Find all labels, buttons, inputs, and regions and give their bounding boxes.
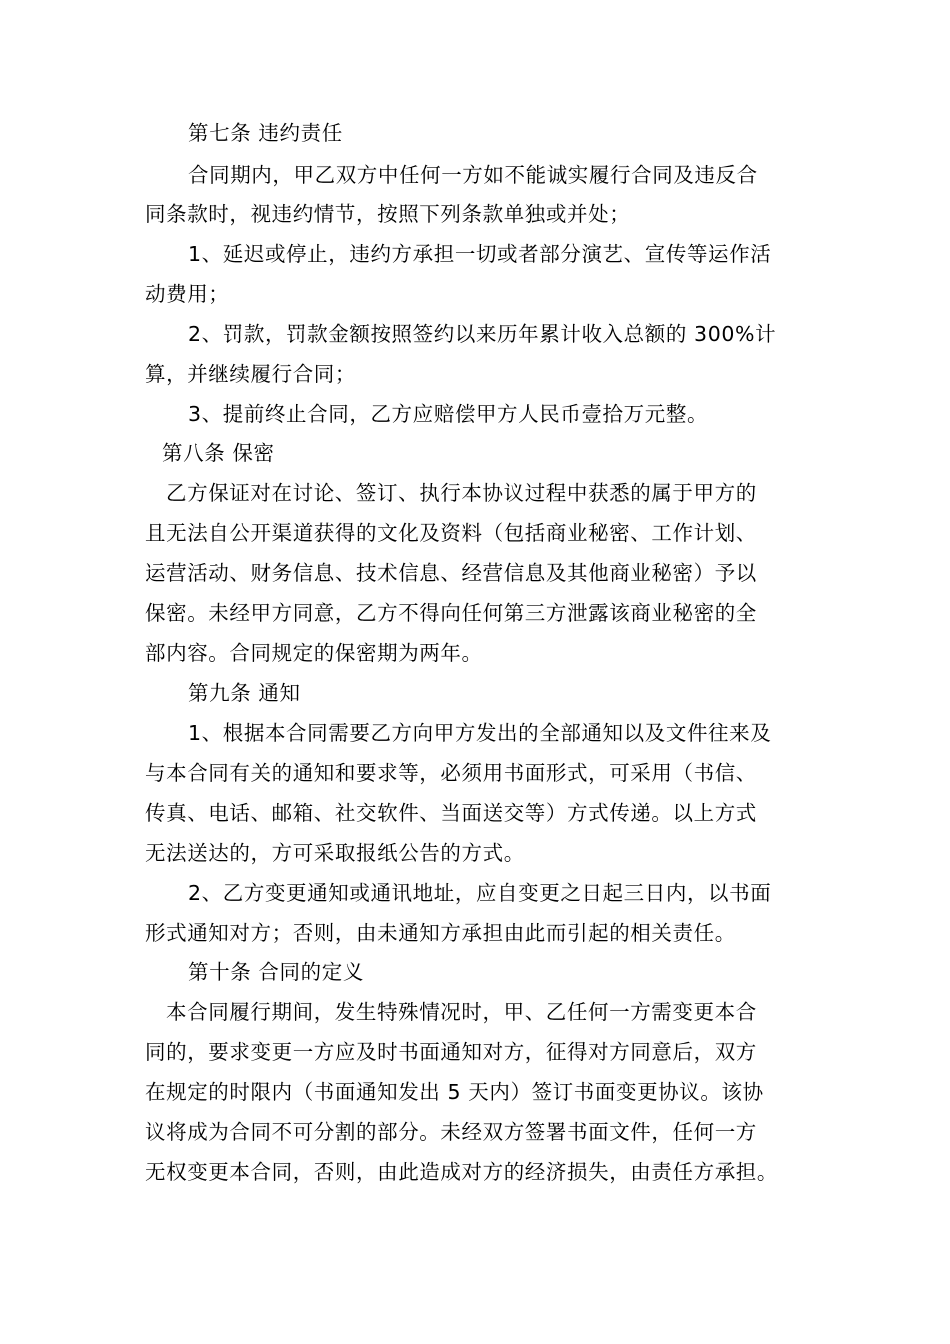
document-page: 第七条 违约责任 合同期内，甲乙双方中任何一方如不能诚实履行合同及违反合 同条款… [0, 0, 950, 1344]
paragraph-line: 在规定的时限内（书面通知发出 5 天内）签订书面变更协议。该协 [145, 1078, 764, 1106]
paragraph-line: 同条款时，视违约情节，按照下列条款单独或并处； [145, 200, 630, 228]
list-item-line: 1、根据本合同需要乙方向甲方发出的全部通知以及文件往来及 [188, 719, 771, 747]
paragraph-line: 无权变更本合同，否则，由此造成对方的经济损失，由责任方承担。 [145, 1158, 778, 1186]
paragraph-line: 议将成为合同不可分割的部分。未经双方签署书面文件，任何一方 [145, 1118, 757, 1146]
paragraph-line: 乙方保证对在讨论、签订、执行本协议过程中获悉的属于甲方的 [166, 479, 757, 507]
list-item-line: 动费用； [145, 280, 229, 308]
section-heading-confidentiality: 第八条 保密 [162, 439, 275, 467]
list-item-line: 传真、电话、邮箱、社交软件、当面送交等）方式传递。以上方式 [145, 799, 757, 827]
paragraph-line: 部内容。合同规定的保密期为两年。 [145, 639, 483, 667]
list-item-line: 形式通知对方；否则，由未通知方承担由此而引起的相关责任。 [145, 919, 736, 947]
paragraph-line: 本合同履行期间，发生特殊情况时，甲、乙任何一方需变更本合 [166, 998, 757, 1026]
section-heading-notice: 第九条 通知 [188, 679, 301, 707]
list-item-line: 无法送达的，方可采取报纸公告的方式。 [145, 839, 525, 867]
list-item-line: 与本合同有关的通知和要求等，必须用书面形式，可采用（书信、 [145, 759, 757, 787]
paragraph-line: 合同期内，甲乙双方中任何一方如不能诚实履行合同及违反合 [188, 161, 758, 189]
paragraph-line: 且无法自公开渠道获得的文化及资料（包括商业秘密、工作计划、 [145, 519, 757, 547]
paragraph-line: 保密。未经甲方同意，乙方不得向任何第三方泄露该商业秘密的全 [145, 599, 757, 627]
list-item-line: 1、延迟或停止，违约方承担一切或者部分演艺、宣传等运作活 [188, 240, 771, 268]
section-heading-breach: 第七条 违约责任 [188, 119, 343, 147]
list-item-line: 2、乙方变更通知或通讯地址，应自变更之日起三日内，以书面 [188, 879, 771, 907]
paragraph-line: 同的，要求变更一方应及时书面通知对方，征得对方同意后，双方 [145, 1038, 757, 1066]
list-item-line: 2、罚款，罚款金额按照签约以来历年累计收入总额的 300%计 [188, 320, 776, 348]
section-heading-definition: 第十条 合同的定义 [188, 958, 364, 986]
paragraph-line: 运营活动、财务信息、技术信息、经营信息及其他商业秘密）予以 [145, 559, 757, 587]
list-item-line: 3、提前终止合同，乙方应赔偿甲方人民币壹拾万元整。 [188, 400, 708, 428]
list-item-line: 算，并继续履行合同； [145, 360, 356, 388]
